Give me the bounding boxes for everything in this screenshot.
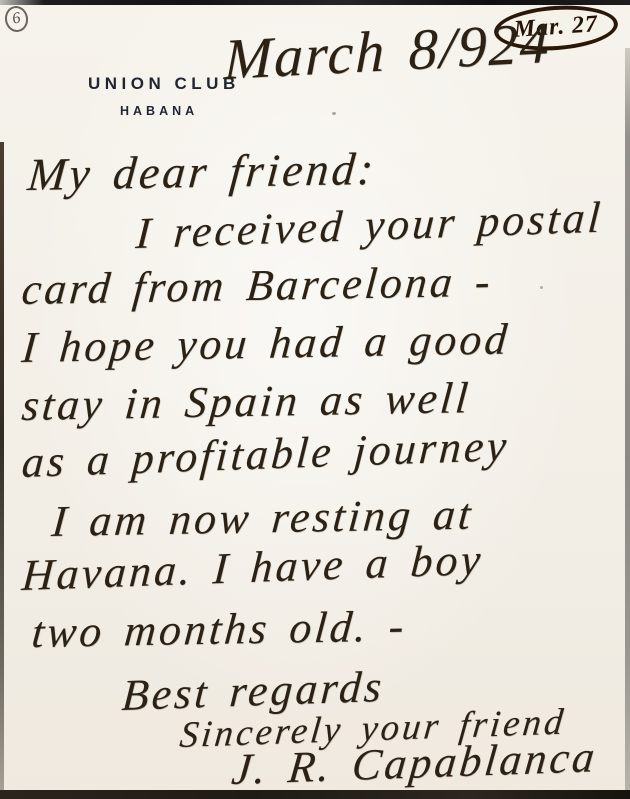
paper-speck bbox=[332, 112, 336, 115]
handwritten-date: March 8/924 bbox=[223, 9, 551, 93]
scan-edge-top bbox=[0, 0, 630, 5]
letter-scan: 6 Mar. 27 UNION CLUB HABANA March 8/924 … bbox=[0, 0, 630, 799]
circled-page-number: 6 bbox=[3, 4, 30, 34]
body-line: card from Barcelona - bbox=[20, 256, 495, 315]
paper-speck bbox=[540, 286, 543, 289]
body-line: I hope you had a good bbox=[20, 313, 512, 373]
body-line: two months old. - bbox=[30, 600, 409, 658]
scan-edge-right bbox=[625, 48, 630, 790]
body-line: stay in Spain as well bbox=[20, 372, 473, 431]
letterhead-organization: UNION CLUB bbox=[88, 74, 240, 94]
body-line: as a profitable journey bbox=[20, 420, 511, 488]
body-line: I received your postal bbox=[134, 192, 605, 259]
letterhead-city: HABANA bbox=[120, 104, 198, 118]
page-number-text: 6 bbox=[11, 9, 22, 28]
salutation-line: My dear friend: bbox=[26, 142, 379, 201]
scan-edge-left bbox=[0, 142, 4, 799]
